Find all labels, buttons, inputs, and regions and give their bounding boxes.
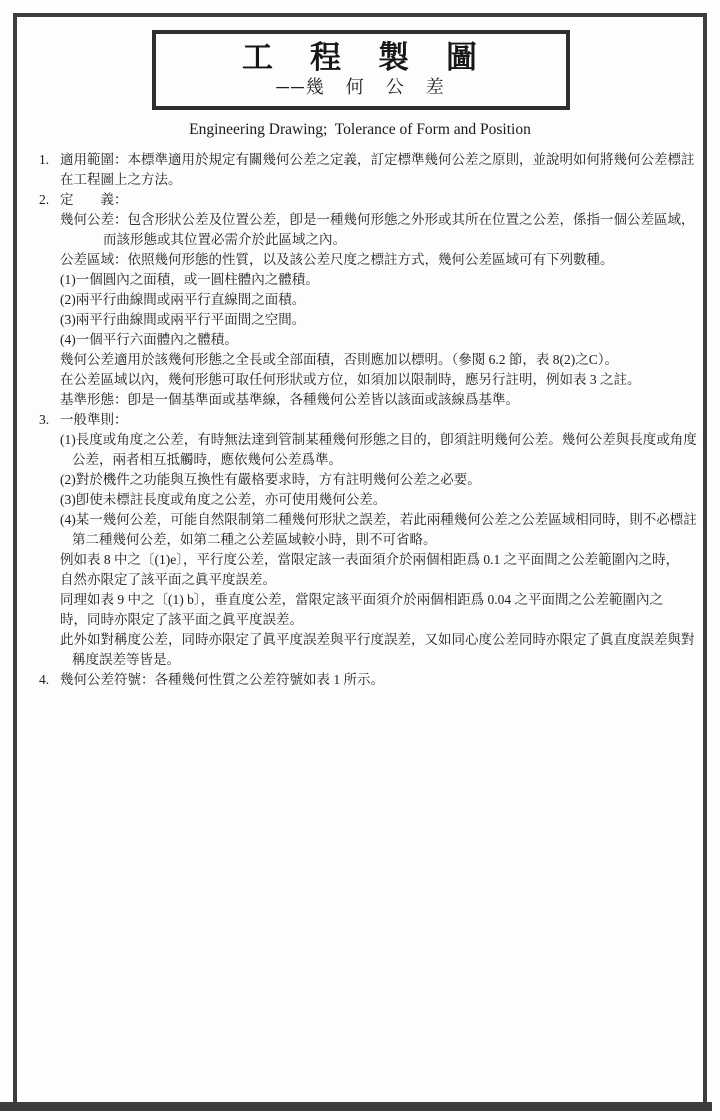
text-line: 幾何公差適用於該幾何形態之全長或全部面積，否則應加以標明。（參閱 6.2 節，表… [0, 350, 720, 370]
english-title: Engineering Drawing; Tolerance of Form a… [0, 121, 720, 139]
line-text: (4)某一幾何公差，可能自然限制第二種幾何形狀之誤差，若此兩種幾何公差之公差區域… [60, 512, 697, 527]
document-page: 工 程 製 圖 ──幾 何 公 差 Engineering Drawing; T… [0, 0, 720, 1120]
line-text: 公差，兩者相互抵觸時，應依幾何公差爲準。 [72, 452, 342, 467]
line-number: 4. [39, 670, 60, 690]
text-line: 例如表 8 中之〔(1)e〕，平行度公差，當限定該一表面須介於兩個相距爲 0.1… [0, 550, 720, 570]
line-number: 2. [39, 190, 60, 210]
text-line: (2)兩平行曲線間或兩平行直線間之面積。 [0, 290, 720, 310]
document-body: 1.適用範圍：本標準適用於規定有關幾何公差之定義，訂定標準幾何公差之原則，並說明… [0, 150, 720, 690]
text-line: (3)兩平行曲線間或兩平行平面間之空間。 [0, 310, 720, 330]
text-line: 稱度誤差等皆是。 [0, 650, 720, 670]
line-text: 在工程圖上之方法。 [60, 172, 182, 187]
page-title: 工 程 製 圖 [156, 41, 566, 75]
line-text: 幾何公差適用於該幾何形態之全長或全部面積，否則應加以標明。（參閱 6.2 節，表… [60, 352, 618, 367]
line-text: 幾何公差：包含形狀公差及位置公差，卽是一種幾何形態之外形或其所在位置之公差，係指… [60, 212, 695, 227]
title-box: 工 程 製 圖 ──幾 何 公 差 [152, 30, 570, 110]
line-text: 例如表 8 中之〔(1)e〕，平行度公差，當限定該一表面須介於兩個相距爲 0.1… [60, 552, 679, 567]
text-line: (3)卽使未標註長度或角度之公差，亦可使用幾何公差。 [0, 490, 720, 510]
line-text: 定 義： [60, 192, 128, 207]
text-line: (4)某一幾何公差，可能自然限制第二種幾何形狀之誤差，若此兩種幾何公差之公差區域… [0, 510, 720, 530]
text-line: 在工程圖上之方法。 [0, 170, 720, 190]
line-text: 公差區域：依照幾何形態的性質，以及該公差尺度之標註方式，幾何公差區域可有下列數種… [60, 252, 614, 267]
text-line: (2)對於機件之功能與互換性有嚴格要求時，方有註明幾何公差之必要。 [0, 470, 720, 490]
line-text: 而該形態或其位置必需介於此區域之內。 [103, 232, 346, 247]
line-text: (2)對於機件之功能與互換性有嚴格要求時，方有註明幾何公差之必要。 [60, 472, 481, 487]
text-line: 公差，兩者相互抵觸時，應依幾何公差爲準。 [0, 450, 720, 470]
text-line: 幾何公差：包含形狀公差及位置公差，卽是一種幾何形態之外形或其所在位置之公差，係指… [0, 210, 720, 230]
line-text: 時，同時亦限定了該平面之眞平度誤差。 [60, 612, 303, 627]
line-number: 1. [39, 150, 60, 170]
line-text: 自然亦限定了該平面之眞平度誤差。 [60, 572, 276, 587]
line-text: 同理如表 9 中之〔(1) b〕，垂直度公差，當限定該平面須介於兩個相距爲 0.… [60, 592, 663, 607]
text-line: 公差區域：依照幾何形態的性質，以及該公差尺度之標註方式，幾何公差區域可有下列數種… [0, 250, 720, 270]
line-text: (3)兩平行曲線間或兩平行平面間之空間。 [60, 312, 305, 327]
text-line: (1)長度或角度之公差，有時無法達到管制某種幾何形態之目的，卽須註明幾何公差。幾… [0, 430, 720, 450]
line-text: 此外如對稱度公差，同時亦限定了眞平度誤差與平行度誤差，又如同心度公差同時亦限定了… [60, 632, 695, 647]
text-line: 在公差區域以內，幾何形態可取任何形狀或方位，如須加以限制時，應另行註明，例如表 … [0, 370, 720, 390]
line-text: 幾何公差符號：各種幾何性質之公差符號如表 1 所示。 [60, 672, 384, 687]
text-line: 同理如表 9 中之〔(1) b〕，垂直度公差，當限定該平面須介於兩個相距爲 0.… [0, 590, 720, 610]
line-text: 一般準則： [60, 412, 128, 427]
text-line: 4.幾何公差符號：各種幾何性質之公差符號如表 1 所示。 [0, 670, 720, 690]
line-text: (2)兩平行曲線間或兩平行直線間之面積。 [60, 292, 305, 307]
text-line: (1)一個圓內之面積，或一圓柱體內之體積。 [0, 270, 720, 290]
line-text: (4)一個平行六面體內之體積。 [60, 332, 238, 347]
line-text: 在公差區域以內，幾何形態可取任何形狀或方位，如須加以限制時，應另行註明，例如表 … [60, 372, 641, 387]
text-line: (4)一個平行六面體內之體積。 [0, 330, 720, 350]
line-text: 第二種幾何公差，如第二種之公差區域較小時，則不可省略。 [72, 532, 437, 547]
text-line: 3.一般準則： [0, 410, 720, 430]
text-line: 而該形態或其位置必需介於此區域之內。 [0, 230, 720, 250]
line-text: (1)一個圓內之面積，或一圓柱體內之體積。 [60, 272, 319, 287]
bottom-scan-bar [0, 1102, 712, 1111]
text-line: 基準形態：卽是一個基準面或基準線，各種幾何公差皆以該面或該線爲基準。 [0, 390, 720, 410]
line-text: 適用範圍：本標準適用於規定有關幾何公差之定義，訂定標準幾何公差之原則，並說明如何… [60, 152, 695, 167]
line-text: (3)卽使未標註長度或角度之公差，亦可使用幾何公差。 [60, 492, 386, 507]
text-line: 2.定 義： [0, 190, 720, 210]
page-subtitle: ──幾 何 公 差 [156, 76, 566, 98]
text-line: 自然亦限定了該平面之眞平度誤差。 [0, 570, 720, 590]
text-line: 時，同時亦限定了該平面之眞平度誤差。 [0, 610, 720, 630]
text-line: 1.適用範圍：本標準適用於規定有關幾何公差之定義，訂定標準幾何公差之原則，並說明… [0, 150, 720, 170]
line-text: 稱度誤差等皆是。 [72, 652, 180, 667]
line-text: 基準形態：卽是一個基準面或基準線，各種幾何公差皆以該面或該線爲基準。 [60, 392, 519, 407]
text-line: 此外如對稱度公差，同時亦限定了眞平度誤差與平行度誤差，又如同心度公差同時亦限定了… [0, 630, 720, 650]
line-number: 3. [39, 410, 60, 430]
line-text: (1)長度或角度之公差，有時無法達到管制某種幾何形態之目的，卽須註明幾何公差。幾… [60, 432, 697, 447]
text-line: 第二種幾何公差，如第二種之公差區域較小時，則不可省略。 [0, 530, 720, 550]
